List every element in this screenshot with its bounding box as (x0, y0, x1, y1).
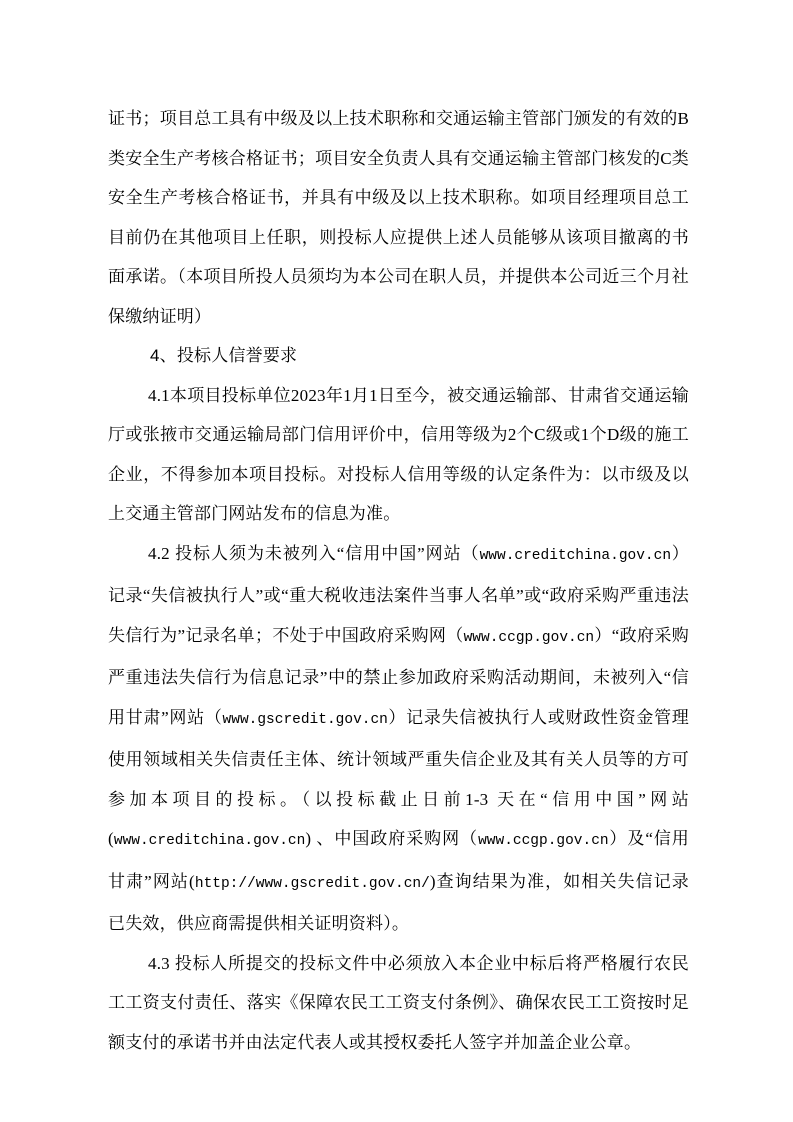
clause-4-2-text-segment: ) 、中国政府采购网（ (305, 829, 478, 848)
url-ccgp: www.ccgp.gov.cn (464, 630, 595, 646)
clause-4-2-text-segment: 4.2 投标人须为未被列入“信用中国”网站（ (148, 544, 480, 563)
document-text-block: 证书；项目总工具有中级及以上技术职称和交通运输主管部门颁发的有效的B类安全生产考… (108, 99, 689, 1062)
paragraph-clause-4-1: 4.1本项目投标单位2023年1月1日至今，被交通运输部、甘肃省交通运输厅或张掖… (108, 376, 689, 534)
url-creditchina: www.creditchina.gov.cn (114, 833, 305, 849)
paragraph-continuation: 证书；项目总工具有中级及以上技术职称和交通运输主管部门颁发的有效的B类安全生产考… (108, 99, 689, 336)
url-ccgp: www.ccgp.gov.cn (478, 833, 609, 849)
url-creditchina: www.creditchina.gov.cn (480, 548, 671, 564)
url-gscredit-full: http://www.gscredit.gov.cn/ (195, 876, 430, 892)
url-gscredit: www.gscredit.gov.cn (223, 712, 388, 728)
document-page: 证书；项目总工具有中级及以上技术职称和交通运输主管部门颁发的有效的B类安全生产考… (0, 0, 793, 1122)
paragraph-clause-4-2: 4.2 投标人须为未被列入“信用中国”网站（www.creditchina.go… (108, 534, 689, 944)
paragraph-clause-4-3: 4.3 投标人所提交的投标文件中必须放入本企业中标后将严格履行农民工工资支付责任… (108, 944, 689, 1063)
section-heading-bidder-credit-requirements: 4、投标人信誉要求 (108, 336, 689, 376)
clause-4-2-text-segment: ）记录失信被执行人或财政性资金管理使用领域相关失信责任主体、统计领域严重失信企业… (108, 708, 689, 849)
